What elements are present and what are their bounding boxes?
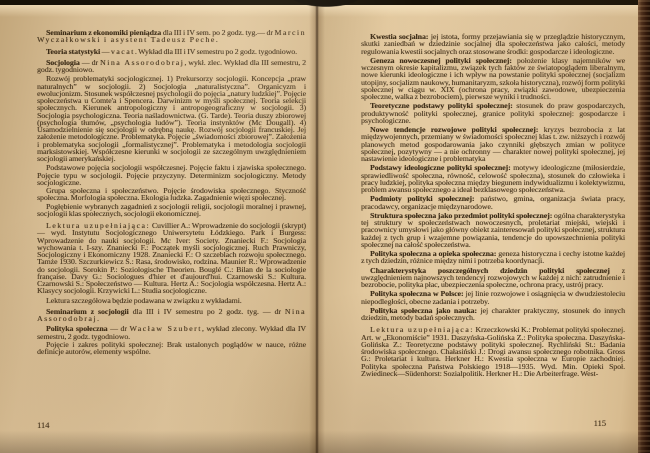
paragraph-struktura-spoleczna: Struktura społeczna jako przedmiot polit… [361, 212, 625, 248]
page-number-left: 114 [37, 420, 49, 430]
reading-list: Krzeczkowski K.: Problemat polityki społ… [361, 325, 625, 378]
paragraph-podstawy-ideologiczne: Podstawy ideologiczne polityki społeczne… [361, 164, 625, 193]
paragraph-lektura-uzupelniajaca: Lektura uzupełniająca: Cuvillier A.: Wpr… [37, 222, 306, 295]
paragraph-socjologia: Socjologia — dr Nina Assorodobraj, wykł.… [37, 59, 306, 74]
paragraph-text: położenie klasy najemników we wczesnym o… [361, 56, 625, 101]
paragraph-polityka-w-polsce: Polityka społeczna w Polsce: jej linie r… [361, 290, 625, 305]
separator: — [100, 47, 111, 56]
left-page-text-block: Seminarium z ekonomiki pieniądza dla III… [37, 29, 306, 357]
paragraph-text: Rozwój problematyki socjologicznej. 1) P… [37, 74, 306, 163]
paragraph-lektura-uzupelniajaca-prawa: Lektura uzupełniająca: Krzeczkowski K.: … [361, 326, 625, 377]
paragraph-text: Podstawowe pojęcia socjologii współczesn… [37, 163, 306, 187]
left-page: Seminarium z ekonomiki pieniądza dla III… [0, 5, 317, 453]
paragraph-opieka-spoleczna: Polityka społeczna a opieka społeczna: g… [361, 250, 625, 265]
lecturer-name: Nina Assorodobraj [100, 58, 184, 67]
book-fore-edge [638, 0, 650, 453]
paragraph-teoria-statystyki: Teoria statystyki — vacat. Wykład dla II… [37, 48, 306, 55]
paragraph-podstawowe-pojecia: Podstawowe pojęcia socjologii współczesn… [37, 164, 306, 186]
paragraph-nowe-tendencje: Nowe tendencje rozwojowe polityki społec… [361, 126, 625, 162]
right-page-text-block: Kwestia socjalna: jej istota, formy prze… [361, 33, 625, 379]
paragraph-pojecie-zakres: Pojęcie i zakres polityki społecznej: Br… [37, 341, 306, 356]
paragraph-kwestia-socjalna: Kwestia socjalna: jej istota, formy prze… [361, 33, 625, 55]
paragraph-rozwoj-problematyki: Rozwój problematyki socjologicznej. 1) P… [37, 75, 306, 162]
course-details: dla III i IV semestru po 2 godz. tyg. — … [129, 307, 285, 316]
reading-list: Cuvillier A.: Wprowadzenie do socjologii… [37, 221, 306, 295]
lecturer-name: Wacław Szubert [129, 324, 201, 333]
paragraph-text: Lektura szczegółowa będzie podawana w zw… [46, 296, 242, 305]
paragraph-text: Pogłębienie wybranych zagadnień z socjol… [37, 202, 306, 218]
vacat-note: vacat [111, 47, 135, 56]
paragraph-polityka-spoleczna: Polityka społeczna — dr Wacław Szubert, … [37, 325, 306, 340]
paragraph-text: Pojęcie i zakres polityki społecznej: Br… [37, 340, 306, 356]
paragraph-charakterystyka-dziedzin: Charakterystyka poszczególnych dziedzin … [361, 267, 625, 289]
right-page: Kwestia socjalna: jej istota, formy prze… [317, 5, 638, 453]
paragraph-poglebienie: Pogłębienie wybranych zagadnień z socjol… [37, 203, 306, 218]
book-scan-photo: Seminarium z ekonomiki pieniądza dla III… [0, 0, 650, 453]
course-details: . Wykład dla III i IV semestru po 2 godz… [135, 47, 297, 56]
paragraph-teoretyczne-podstawy: Teoretyczne podstawy polityki społecznej… [361, 102, 625, 124]
page-number-right: 115 [594, 418, 606, 428]
paragraph-seminarium-ekonomiki: Seminarium z ekonomiki pieniądza dla III… [37, 29, 306, 44]
course-title: Teoria statystyki [46, 47, 100, 56]
paragraph-lektura-szczegolowa: Lektura szczegółowa będzie podawana w zw… [37, 297, 306, 304]
paragraph-polityka-jako-nauka: Polityka społeczna jako nauka: jej chara… [361, 307, 625, 322]
paragraph-text: Grupa społeczna i społeczeństwo. Pojęcie… [37, 186, 306, 202]
paragraph-seminarium-socjologii: Seminarium z socjologii dla III i IV sem… [37, 308, 306, 323]
paragraph-podmioty: Podmioty polityki społecznej: państwo, g… [361, 195, 625, 210]
paragraph-geneza: Geneza nowoczesnej polityki społecznej: … [361, 57, 625, 101]
paragraph-grupa-spoleczna: Grupa społeczna i społeczeństwo. Pojęcie… [37, 187, 306, 202]
